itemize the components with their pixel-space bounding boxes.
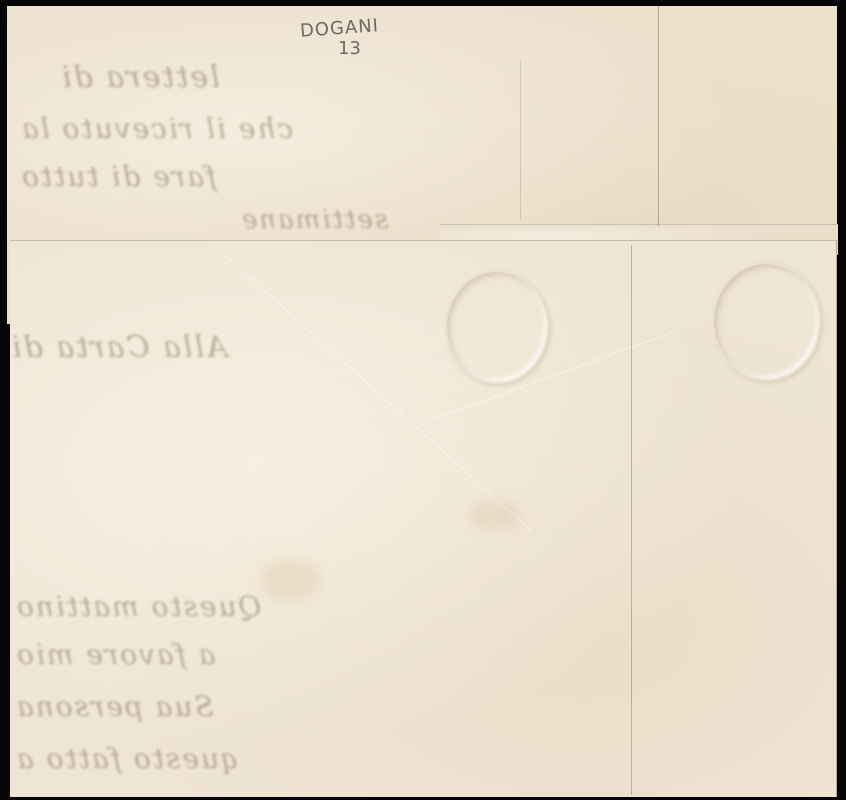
paper-stain	[260, 560, 320, 600]
bleed-through-text: che il ricevuto la	[20, 112, 293, 145]
bleed-through-text: settimane	[240, 205, 388, 235]
wax-seal-impression-right	[712, 262, 821, 381]
crease-line	[520, 60, 521, 220]
bleed-through-text: lettera di	[60, 60, 220, 95]
vertical-fold-line-lower	[631, 245, 632, 795]
vertical-fold-line	[658, 6, 659, 226]
wax-seal-impression-left	[445, 270, 549, 384]
pencil-annotation-number: 13	[338, 38, 361, 59]
bleed-through-text: fare di tutto	[20, 160, 216, 193]
bleed-through-text: Sua persona	[15, 690, 214, 723]
bleed-through-text: Questo mattino	[15, 590, 262, 623]
paper-stain	[470, 500, 520, 530]
bleed-through-text: Alla Carta di	[10, 330, 228, 365]
bleed-through-text: questo fatto a	[15, 742, 239, 775]
bleed-through-text: a favore mio	[15, 638, 216, 671]
